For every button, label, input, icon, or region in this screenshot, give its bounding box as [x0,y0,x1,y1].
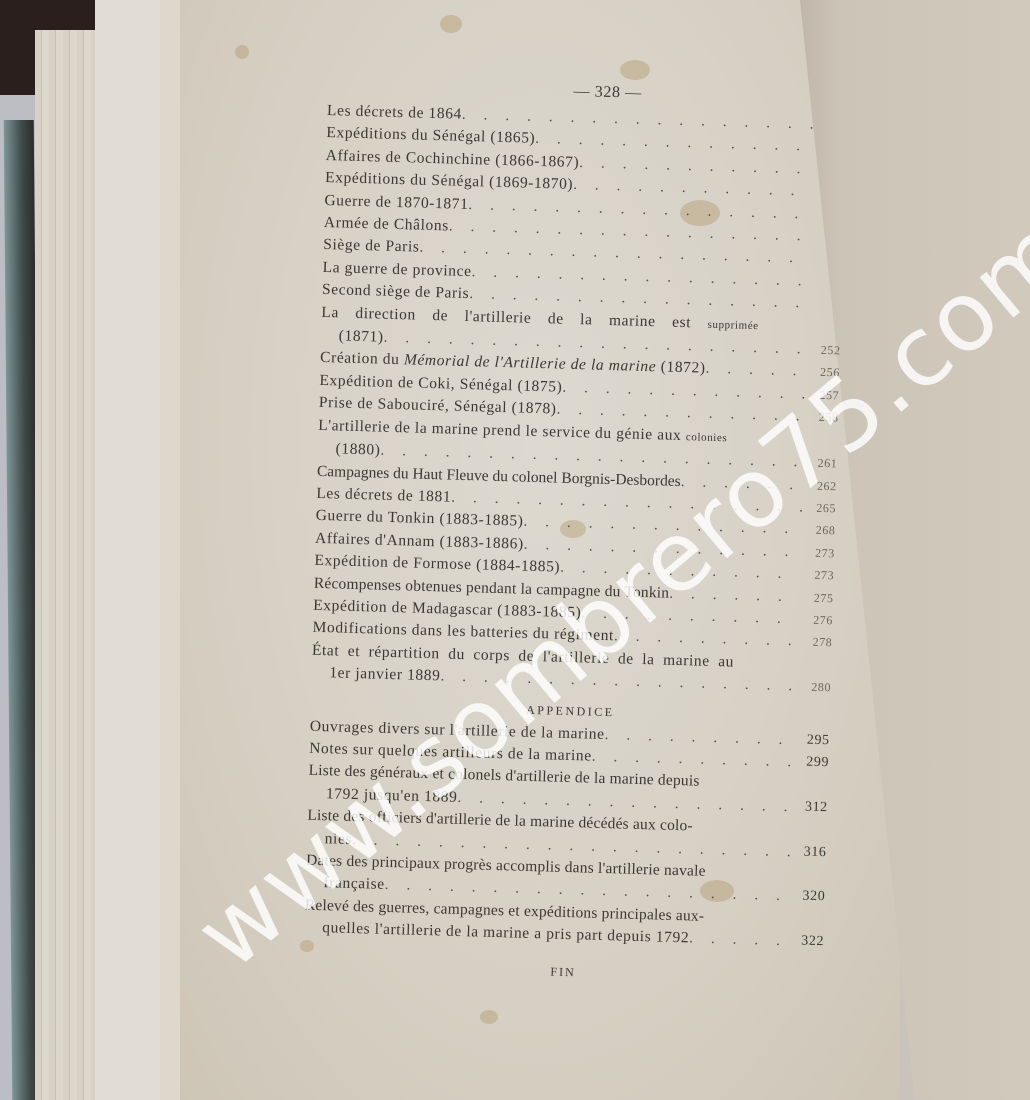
foxing-spot [620,60,650,80]
foxing-spot [440,15,462,33]
foxing-spot [480,1010,498,1024]
foxing-spot [235,45,249,59]
